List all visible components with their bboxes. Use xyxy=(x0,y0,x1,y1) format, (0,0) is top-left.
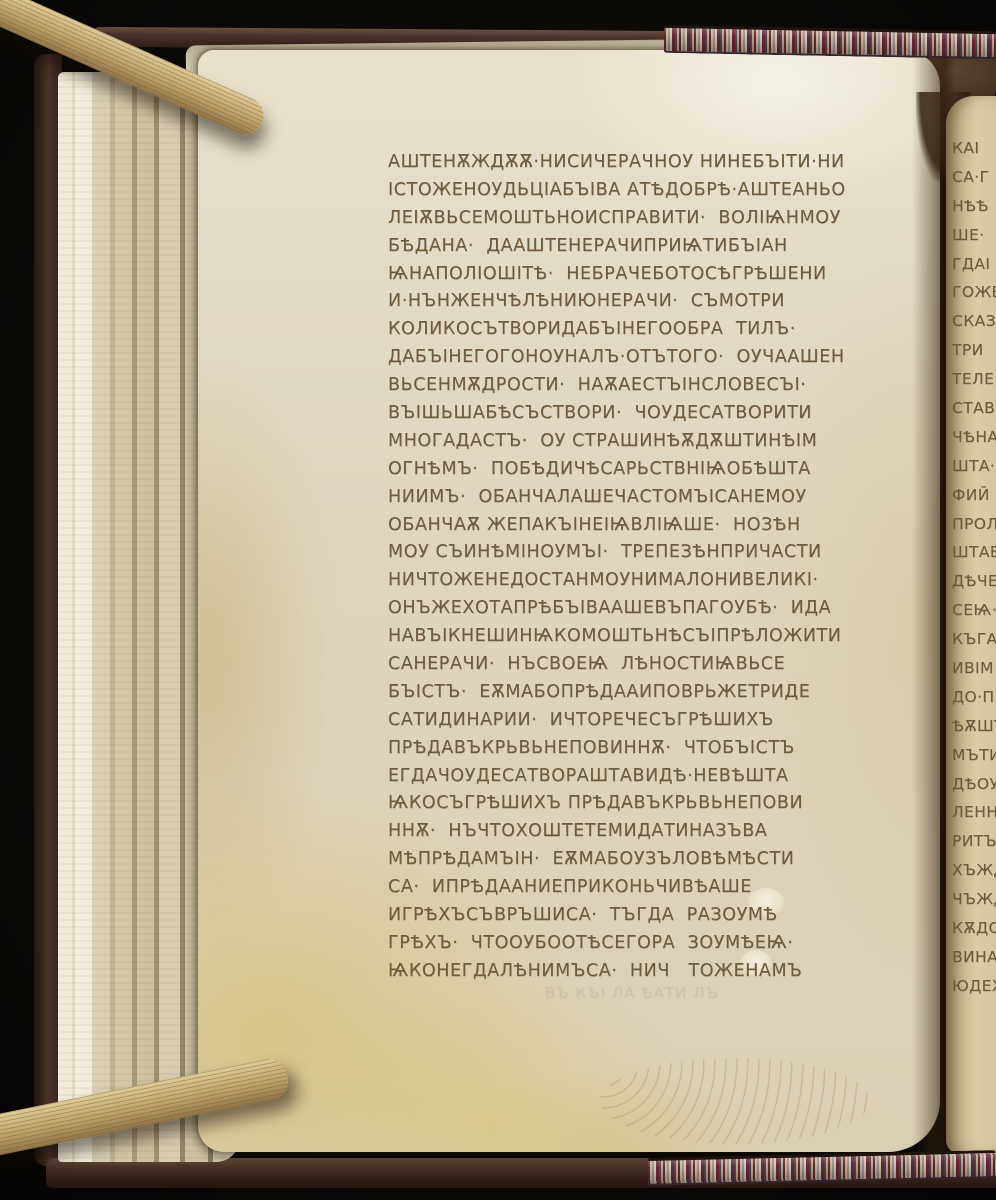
facing-text-fragment: КАІ xyxy=(952,134,996,163)
manuscript-text-line: НАВЪІКНЕШИНѨКОМОШТЬНѢСЪІПРѢЛОЖИТИ xyxy=(388,623,940,651)
facing-text-fragment: ГДАІ xyxy=(952,250,996,279)
freckle-stains xyxy=(600,1058,870,1144)
facing-text-fragment: ШЕ· xyxy=(952,221,996,250)
manuscript-text-line: МѢПРѢДАМЪІН· ЕѪМАБОУЗЪЛОВѢМѢСТИ xyxy=(388,846,940,874)
manuscript-text-line: НИЧТОЖЕНЕДОСТАНМОУНИМАЛОНИВЕЛИКІ· xyxy=(388,567,940,595)
facing-text-fragment: ХЪЖД xyxy=(952,856,996,885)
facing-text-fragment: СА·Г xyxy=(952,163,996,192)
facing-text-fragment: ДѢЧЕ· xyxy=(952,567,996,596)
manuscript-text-line: САТИДИНАРИИ· ИЧТОРЕЧЕСЪГРѢШИХЪ xyxy=(388,707,940,735)
facing-text-fragment: ШТА· xyxy=(952,452,996,481)
manuscript-text-block: АШТЕНѪЖДѪѪ·НИСИЧЕРАЧНОУ НИНЕБЪІТИ·НИІСТО… xyxy=(388,149,940,986)
manuscript-text-line: АШТЕНѪЖДѪѪ·НИСИЧЕРАЧНОУ НИНЕБЪІТИ·НИ xyxy=(388,149,940,177)
facing-text-fragment: ЧѢНА xyxy=(952,423,996,452)
facing-text-fragment: ѢѪШТ xyxy=(952,712,996,741)
facing-text-fragment: ИВІМ xyxy=(952,654,996,683)
facing-text-fragment: ДѢОУ· xyxy=(952,770,996,799)
facing-text-fragment: ФИЙ xyxy=(952,481,996,510)
manuscript-text-line: ѨНАПОЛІОШІТѢ· НЕБРАЧЕБОТОСѢГРѢШЕНИ xyxy=(388,261,940,289)
manuscript-text-line: ІСТОЖЕНОУДЬЦІАБЪІВА АТѢДОБРѢ·АШТЕАНЬО xyxy=(388,177,940,205)
facing-text-fragment: ЛЕННО xyxy=(952,798,996,827)
manuscript-text-line: САНЕРАЧИ· НЪСВОЕѨ ЛѢНОСТИѨВЬСЕ xyxy=(388,651,940,679)
manuscript-text-line: ПРѢДАВЪКРЬВЬНЕПОВИННѪ· ЧТОБЪІСТЪ xyxy=(388,735,940,763)
facing-text-fragment: ПРОЛИ xyxy=(952,510,996,539)
facing-page-text-column: КАІСА·ГНѢѢШЕ·ГДАІГОЖЕСКАЗТРИТЕЛЕСТАВЧѢНА… xyxy=(952,134,996,1001)
manuscript-photo: АШТЕНѪЖДѪѪ·НИСИЧЕРАЧНОУ НИНЕБЪІТИ·НИІСТО… xyxy=(0,0,996,1200)
manuscript-text-line: ВЬСЕНМѪДРОСТИ· НАѪАЕСТЪІНСЛОВЕСЪІ· xyxy=(388,372,940,400)
facing-text-fragment: ВИНА· xyxy=(952,943,996,972)
facing-text-fragment: ДО·ПР xyxy=(952,683,996,712)
manuscript-text-line: ѨКОСЪГРѢШИХЪ ПРѢДАВЪКРЬВЬНЕПОВИ xyxy=(388,790,940,818)
manuscript-text-line: ОНЪЖЕХОТАПРѢБЪІВААШЕВЪПАГОУБѢ· ИДА xyxy=(388,595,940,623)
manuscript-text-line: БЪІСТЪ· ЕѪМАБОПРѢДААИПОВРЬЖЕТРИДЕ xyxy=(388,679,940,707)
manuscript-text-line: ГРѢХЪ· ЧТООУБООТѢСЕГОРА ЗОУМѢЕѨ· xyxy=(388,930,940,958)
facing-text-fragment: ТРИ xyxy=(952,336,996,365)
facing-text-fragment: ТЕЛЕ xyxy=(952,365,996,394)
facing-text-fragment: КѪДО xyxy=(952,914,996,943)
facing-text-fragment: ШТАВ xyxy=(952,538,996,567)
manuscript-text-line: ИГРѢХЪСЪВРЪШИСА· ТЪГДА РАЗОУМѢ xyxy=(388,902,940,930)
facing-text-fragment: СТАВ xyxy=(952,394,996,423)
manuscript-text-line: МНОГАДАСТЪ· ОУ СТРАШИНѢѪДѪШТИНѢІМ xyxy=(388,428,940,456)
facing-text-fragment: ЮДЕХ xyxy=(952,972,996,1001)
manuscript-text-line: БѢДАНА· ДААШТЕНЕРАЧИПРИѨТИБЪІАН xyxy=(388,233,940,261)
facing-text-fragment: КЪГА xyxy=(952,625,996,654)
manuscript-text-line: ѨКОНЕГДАЛѢНИМЪСА· НИЧ ТОЖЕНАМЪ xyxy=(388,958,940,986)
facing-text-fragment: ГОЖЕ xyxy=(952,278,996,307)
offset-ghost-line: ВЪ КЪІ ЛА ѢАТИ ЛЪ xyxy=(545,984,915,1004)
manuscript-text-line: ННѪ· НЪЧТОХОШТЕТЕМИДАТИНАЗЪВА xyxy=(388,818,940,846)
manuscript-text-line: МОУ СЪИНѢМІНОУМЪІ· ТРЕПЕЗѢНПРИЧАСТИ xyxy=(388,539,940,567)
facing-text-fragment: РИТЪ· xyxy=(952,827,996,856)
facing-text-fragment: МЪТИ xyxy=(952,741,996,770)
manuscript-text-line: И·НЪНЖЕНЧѢЛѢНИЮНЕРАЧИ· СЪМОТРИ xyxy=(388,288,940,316)
facing-text-fragment: НѢѢ xyxy=(952,192,996,221)
manuscript-text-line: ОБАНЧАѪ ЖЕПАКЪІНЕІѨВЛІѨШЕ· НОЗѢН xyxy=(388,512,940,540)
manuscript-text-line: ОГНѢМЪ· ПОБѢДИЧѢСАРЬСТВНІѨОБѢШТА xyxy=(388,456,940,484)
manuscript-text-line: СА· ИПРѢДААНИЕПРИКОНЬЧИВѢАШЕ xyxy=(388,874,940,902)
facing-text-fragment: СЕѨ·Г xyxy=(952,596,996,625)
manuscript-text-line: НИИМЪ· ОБАНЧАЛАШЕЧАСТОМЪІСАНЕМОУ xyxy=(388,484,940,512)
manuscript-text-line: ЕГДАЧОУДЕСАТВОРАШТАВИДѢ·НЕВѢШТА xyxy=(388,763,940,791)
manuscript-text-line: КОЛИКОСЪТВОРИДАБЪІНЕГООБРА ТИЛЪ· xyxy=(388,316,940,344)
manuscript-text-line: ВЪІШЬШАБѢСЪСТВОРИ· ЧОУДЕСАТВОРИТИ xyxy=(388,400,940,428)
manuscript-text-line: ДАБЪІНЕГОГОНОУНАЛЪ·ОТЪТОГО· ОУЧААШЕН xyxy=(388,344,940,372)
facing-text-fragment: ЧЪЖД xyxy=(952,885,996,914)
manuscript-text-line: ЛЕІѪВЬСЕМОШТЬНОИСПРАВИТИ· ВОЛІѨНМОУ xyxy=(388,205,940,233)
facing-text-fragment: СКАЗ xyxy=(952,307,996,336)
